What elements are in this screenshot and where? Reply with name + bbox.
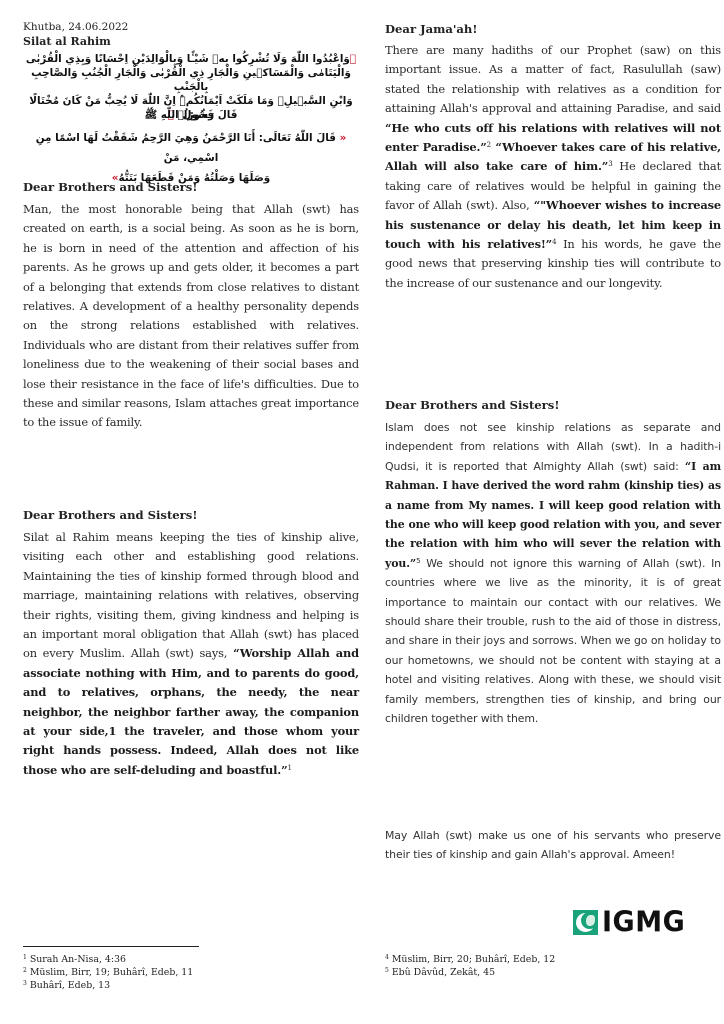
hadith-line-1: « قَالَ اللّٰهُ تَعَالَى: أَنَا الرَّحْم… xyxy=(23,128,359,168)
section-heading-4: Dear Brothers and Sisters! xyxy=(385,398,559,413)
quran-open-bracket: ﴿ xyxy=(350,53,356,65)
igmg-logo: IGMG xyxy=(573,910,685,935)
footnote-4: 4 Müslim, Birr, 20; Buhârî, Edeb, 12 xyxy=(385,953,555,966)
hadith-intro-arabic: قَالَ رَسُولُ اللّٰهِ ﷺ xyxy=(23,108,359,122)
section-body-2: Silat al Rahim means keeping the ties of… xyxy=(23,528,359,780)
footnotes-right: 4 Müslim, Birr, 20; Buhârî, Edeb, 12 5 E… xyxy=(385,953,555,979)
quran-line-2: وَالْيَتَامٰى وَالْمَسَاك۪ينِ وَالْجَارِ… xyxy=(23,66,359,94)
footnotes-left: 1 Surah An-Nisa, 4:36 2 Müslim, Birr, 19… xyxy=(23,953,193,993)
section-body-4: Islam does not see kinship relations as … xyxy=(385,418,721,729)
section-body-3: There are many hadiths of our Prophet (s… xyxy=(385,41,721,293)
crescent-map-icon xyxy=(573,910,598,935)
section-heading-1: Dear Brothers and Sisters! xyxy=(23,180,197,195)
section-body-1: Man, the most honorable being that Allah… xyxy=(23,200,359,433)
hadith-qudsi-arabic: « قَالَ اللّٰهُ تَعَالَى: أَنَا الرَّحْم… xyxy=(23,128,359,188)
hadith-qudsi-quote-en: “I am Rahman. I have derived the word ra… xyxy=(385,460,721,570)
footnote-3: 3 Buhârî, Edeb, 13 xyxy=(23,979,193,992)
khutba-title: Silat al Rahim xyxy=(23,35,111,49)
footnote-divider xyxy=(23,946,199,947)
footnote-1: 1 Surah An-Nisa, 4:36 xyxy=(23,953,193,966)
logo-text: IGMG xyxy=(602,909,685,935)
footnote-5: 5 Ebû Dâvûd, Zekât, 45 xyxy=(385,966,555,979)
closing-prayer: May Allah (swt) make us one of his serva… xyxy=(385,826,721,865)
quran-line-1: ﴿وَاعْبُدُوا اللّٰهَ وَلَا تُشْرِكُوا بِ… xyxy=(23,52,359,66)
khutba-date: Khutba, 24.06.2022 xyxy=(23,21,128,34)
footnote-ref-1[interactable]: 1 xyxy=(287,764,291,772)
quran-quote-en: “Worship Allah and associate nothing wit… xyxy=(23,646,359,776)
section-heading-2: Dear Brothers and Sisters! xyxy=(23,508,197,523)
footnote-2: 2 Müslim, Birr, 19; Buhârî, Edeb, 11 xyxy=(23,966,193,979)
section-heading-3: Dear Jama'ah! xyxy=(385,22,477,37)
hadith-open-quote: « xyxy=(340,132,347,144)
